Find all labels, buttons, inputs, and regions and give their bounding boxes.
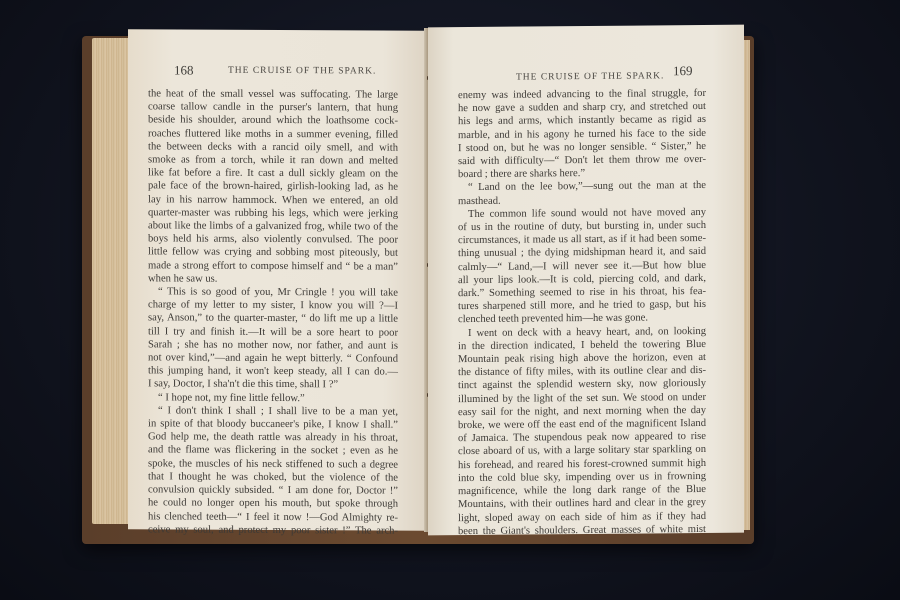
text-line: this jumping hand, it won't keep steady,…: [148, 365, 398, 380]
text-line: Sarah ; she has no mother now, nor fathe…: [148, 338, 398, 353]
text-line: lay in his narrow hammock. When we enter…: [148, 193, 398, 208]
text-line: spoke, the muscles of his neck stiffened…: [148, 457, 398, 472]
text-line: when he saw us.: [148, 272, 398, 287]
text-line: quarter-master was rubbing his legs, whi…: [148, 206, 398, 221]
text-line: God help me, the death rattle was alread…: [148, 431, 398, 446]
page-number-left: 168: [174, 62, 194, 78]
text-line: say, Anson,” to the quarter-master, “ do…: [148, 312, 398, 327]
text-line: “ I don't think I shall ; I shall live t…: [148, 404, 398, 419]
text-line: the heat of the small vessel was suffoca…: [148, 87, 398, 102]
text-line: “ This is so good of you, Mr Cringle ! y…: [148, 285, 398, 300]
text-line: coarse tallow candle in the purser's lan…: [148, 101, 398, 116]
text-line: roaches fluttered like moths in a summer…: [148, 127, 398, 142]
text-line: “ Land on the lee bow,”—sung out the man…: [458, 179, 706, 194]
page-number-right: 169: [673, 63, 693, 79]
text-line: like fat before a fire. It cast a dull s…: [148, 167, 398, 182]
text-line: that I thought he was choked, but the vi…: [148, 470, 398, 485]
text-line: about like the limbs of a galvanized fro…: [148, 219, 398, 234]
photo-scene: 168 THE CRUISE OF THE SPARK. the heat of…: [0, 0, 900, 600]
right-page-body: enemy was indeed advancing to the final …: [458, 87, 706, 538]
text-line: little fellow was crying and sobbing mos…: [148, 246, 398, 261]
page-edges-left: [92, 38, 132, 524]
text-line: boys held his arms, also violently convu…: [148, 233, 398, 248]
text-line: beside his shoulder, around which the lo…: [148, 114, 398, 129]
text-line: his clenched teeth—“ I feel it now !—God…: [148, 510, 398, 525]
text-line: till I try and finish it.—It will be a s…: [148, 325, 398, 340]
text-line: ceive my soul, and protect my poor siste…: [148, 523, 398, 538]
text-line: I say, Doctor, I sha'n't die this time, …: [148, 378, 398, 393]
right-page: THE CRUISE OF THE SPARK. 169 enemy was i…: [428, 25, 744, 536]
text-line: and the flame was flickering in the sock…: [148, 444, 398, 459]
text-line: the between decks with a rancid oily sme…: [148, 140, 398, 155]
text-line: charge of my letter to my sister, I know…: [148, 299, 398, 314]
text-line: not over kind,”—and again he wept bitter…: [148, 351, 398, 366]
text-line: he could no longer open his mouth, but s…: [148, 497, 398, 512]
text-line: smoke as from a torch, while it ran down…: [148, 153, 398, 168]
text-line: tures sharpened still more, and he tried…: [458, 298, 706, 313]
text-line: pale face of the brown-haired, girlish-l…: [148, 180, 398, 195]
text-line: convulsion quickly subsided. “ I am done…: [148, 483, 398, 498]
left-page: 168 THE CRUISE OF THE SPARK. the heat of…: [128, 29, 428, 531]
running-header-right: THE CRUISE OF THE SPARK.: [516, 71, 664, 82]
left-page-body: the heat of the small vessel was suffoca…: [148, 87, 398, 537]
text-line: “ I hope not, my fine little fellow.”: [148, 391, 398, 406]
text-line: said with difficulty—“ Don't let them th…: [458, 153, 706, 168]
running-header-left: THE CRUISE OF THE SPARK.: [228, 66, 376, 77]
text-line: made a strong effort to compose himself …: [148, 259, 398, 274]
text-line: in spite of that bloody buccaneer's pike…: [148, 417, 398, 432]
text-line: been the Giant's shoulders. Great masses…: [458, 523, 706, 538]
